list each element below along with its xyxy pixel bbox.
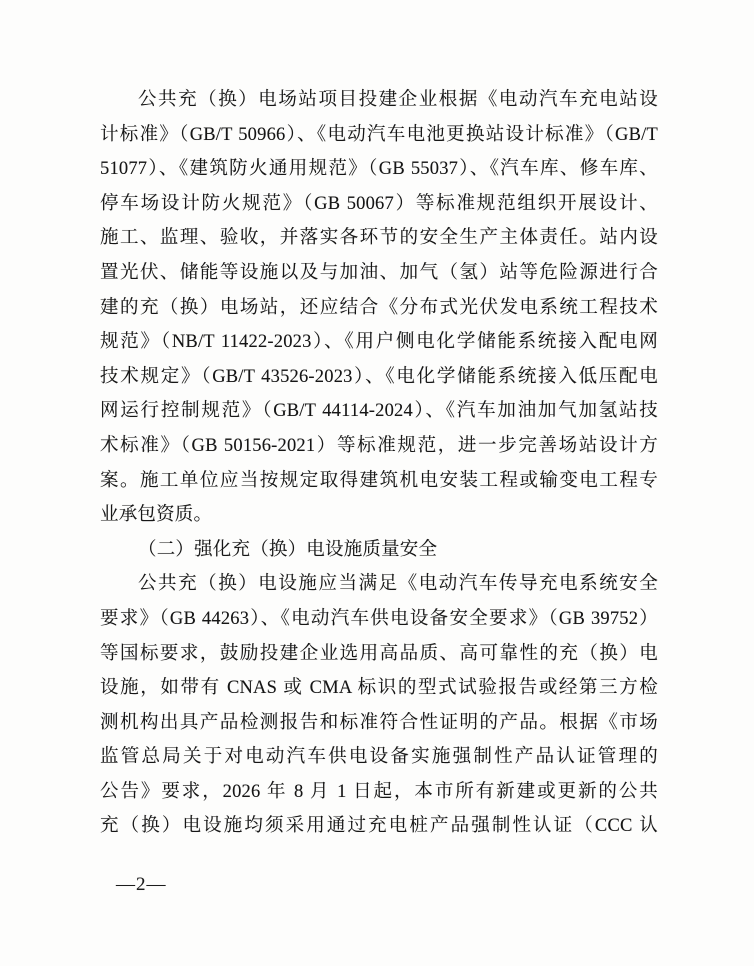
document-body: 公共充（换）电场站项目投建企业根据《电动汽车充电站设 计标准》（GB/T 509… [100,83,658,844]
text-line: 公共充（换）电场站项目投建企业根据《电动汽车充电站设 [100,83,658,118]
text-line: 停车场设计防火规范》（GB 50067）等标准规范组织开展设计、 [100,187,658,222]
text-line: 公共充（换）电设施应当满足《电动汽车传导充电系统安全 [100,567,658,602]
text-line: 51077）、《建筑防火通用规范》（GB 55037）、《汽车库、修车库、 [100,152,658,187]
text-line: 技术规定》（GB/T 43526-2023）、《电化学储能系统接入低压配电 [100,360,658,395]
text-line: 等国标要求，鼓励投建企业选用高品质、高可靠性的充（换）电 [100,637,658,672]
text-line: 案。施工单位应当按规定取得建筑机电安装工程或输变电工程专 [100,464,658,499]
text-line: 业承包资质。 [100,498,658,533]
text-line: 充（换）电设施均须采用通过充电桩产品强制性认证（CCC 认 [100,809,658,844]
text-line: 施工、监理、验收，并落实各环节的安全生产主体责任。站内设 [100,221,658,256]
section-heading: （二）强化充（换）电设施质量安全 [100,533,658,568]
text-line: 设施，如带有 CNAS 或 CMA 标识的型式试验报告或经第三方检 [100,671,658,706]
text-line: 要求》（GB 44263）、《电动汽车供电设备安全要求》（GB 39752） [100,602,658,637]
text-line: 公告》要求，2026 年 8 月 1 日起，本市所有新建或更新的公共 [100,775,658,810]
text-line: 监管总局关于对电动汽车供电设备实施强制性产品认证管理的 [100,740,658,775]
text-line: 建的充（换）电场站，还应结合《分布式光伏发电系统工程技术 [100,291,658,326]
text-line: 规范》（NB/T 11422-2023）、《用户侧电化学储能系统接入配电网 [100,325,658,360]
document-page: 公共充（换）电场站项目投建企业根据《电动汽车充电站设 计标准》（GB/T 509… [0,0,754,966]
page-number: —2— [116,869,167,901]
text-line: 术标准》（GB 50156-2021）等标准规范，进一步完善场站设计方 [100,429,658,464]
text-line: 置光伏、储能等设施以及与加油、加气（氢）站等危险源进行合 [100,256,658,291]
text-line: 测机构出具产品检测报告和标准符合性证明的产品。根据《市场 [100,706,658,741]
text-line: 网运行控制规范》（GB/T 44114-2024）、《汽车加油加气加氢站技 [100,394,658,429]
text-line: 计标准》（GB/T 50966）、《电动汽车电池更换站设计标准》（GB/T [100,118,658,153]
